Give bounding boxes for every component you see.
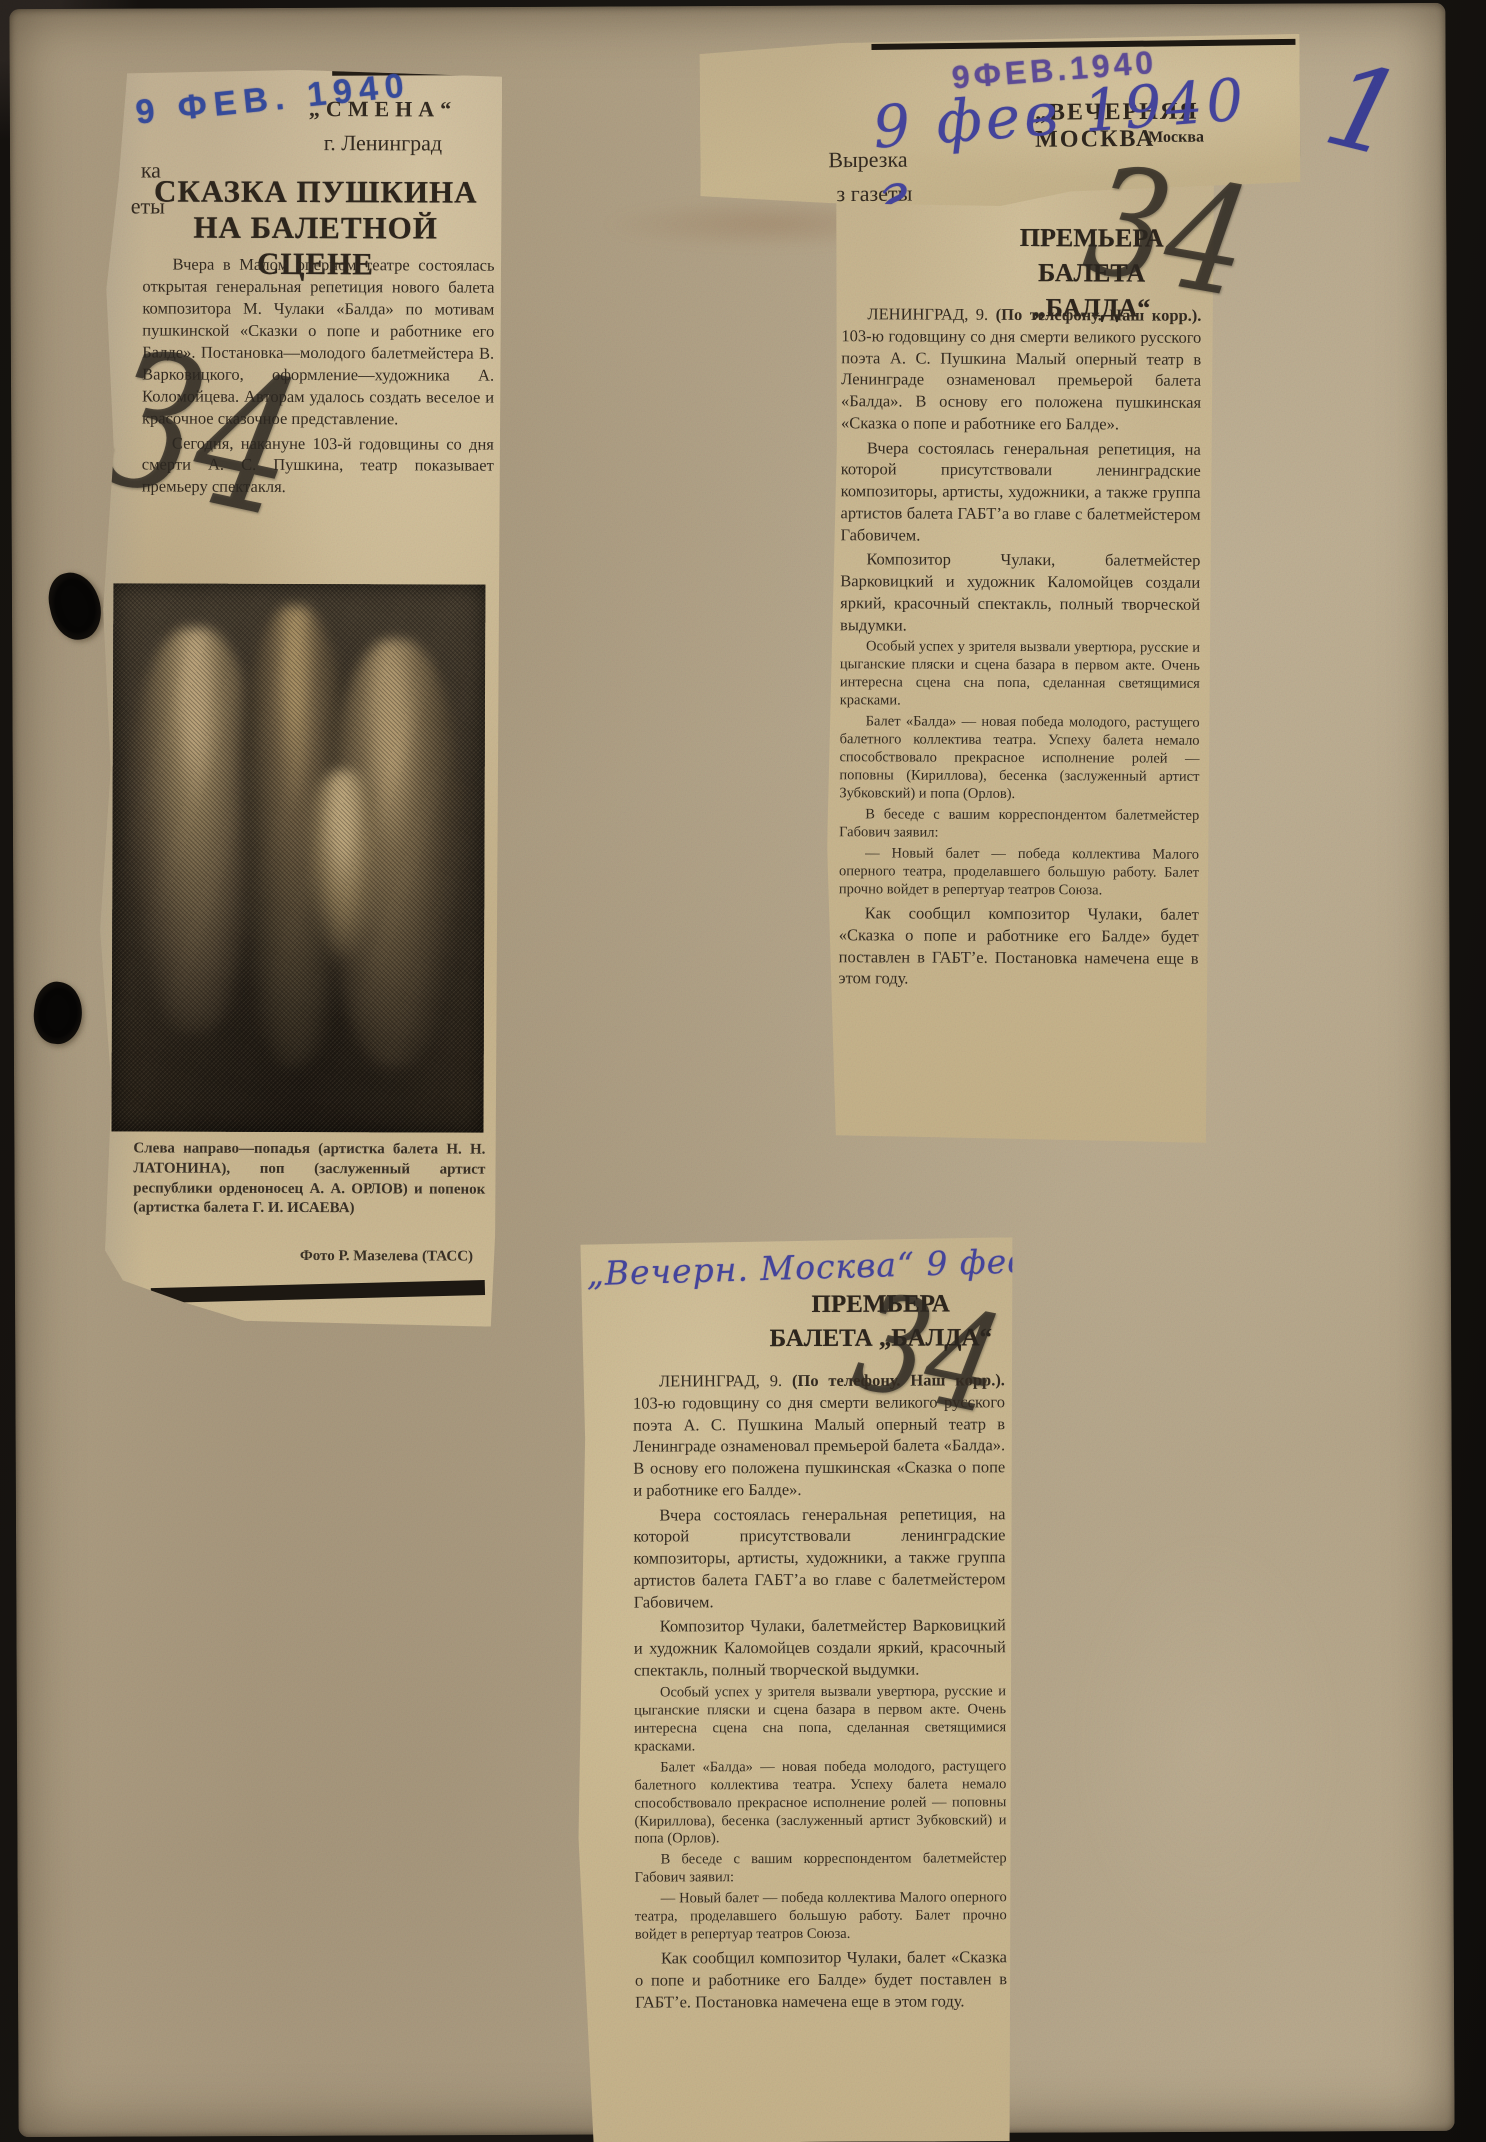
article-paragraph: — Новый балет — победа коллектива Малого… [839,845,1199,900]
dateline: ЛЕНИНГРАД, 9. [867,304,995,324]
article-paragraph: Балет «Балда» — новая победа молодого, р… [839,714,1199,805]
scanned-scrapbook-page: 1 9 ФЕВ. 1940 ка еты „СМЕНА“ г. Ленингра… [0,0,1486,2142]
newspaper-city: г. Ленинград [272,130,494,157]
photo-figure-popadya [127,627,262,1033]
article-paragraph: Композитор Чулаки, балетмейстер Варковиц… [634,1615,1006,1682]
bottom-rule [151,1280,485,1303]
article-paragraph: Особый успех у зрителя вызвали увертюра,… [840,639,1200,712]
article-paragraph: Композитор Чулаки, балетмейстер Варковиц… [840,549,1200,638]
lead-text: 103-ю годовщину со дня смерти великого р… [841,326,1201,433]
photo-credit: Фото Р. Мазелева (ТАСС) [133,1247,473,1265]
dateline: ЛЕНИНГРАД, 9. [659,1371,792,1390]
handwritten-source: „Вечерн. Москва“ [586,1245,915,1294]
article-body: ЛЕНИНГРАД, 9. (По телефону. Наш корр.). … [633,1369,1007,2016]
article-paragraph: В беседе с вашим корреспондентом балетме… [635,1851,1007,1888]
photo-figure-pop [327,639,462,1067]
clipping-vecherka-article-duplicate: „Вечерн. Москва“ 9 фев.1940 г. ПРЕМЬЕРА … [576,1237,1015,2142]
lead-text: 103-ю годовщину со дня смерти великого р… [633,1392,1005,1499]
article-paragraph: ЛЕНИНГРАД, 9. (По телефону. Наш корр.). … [841,303,1202,435]
paper-stain [1076,1533,1338,1954]
halftone-photo-ballet-scene [111,583,485,1132]
article-paragraph: В беседе с вашим корреспондентом балетме… [839,806,1199,844]
article-paragraph: — Новый балет — победа коллектива Малого… [635,1890,1007,1945]
handwritten-catalog-number: 34 [1074,133,1261,332]
dateline-credit: (По телефону. Наш корр.). [792,1370,1005,1390]
article-paragraph: Вчера состоялась генеральная репетиция, … [840,437,1200,547]
photo-caption: Слева направо—попадья (артистка балета Н… [133,1139,485,1219]
article-paragraph: Вчера состоялась генеральная репетиция, … [633,1503,1005,1613]
photo-figure-popenok [306,770,381,957]
article-paragraph: Особый успех у зрителя вызвали увертюра,… [634,1683,1006,1756]
clipping-smena: 9 ФЕВ. 1940 ка еты „СМЕНА“ г. Ленинград … [93,69,502,1326]
newspaper-masthead-smena: „СМЕНА“ [272,96,494,123]
article-paragraph: Как сообщил композитор Чулаки, балет «Ск… [838,902,1198,991]
photo-figure-center [238,606,351,1067]
article-paragraph: Балет «Балда» — новая победа молодого, р… [634,1758,1006,1849]
headline-line: СКАЗКА ПУШКИНА [135,173,497,210]
article-paragraph: Как сообщил композитор Чулаки, балет «Ск… [635,1947,1007,2014]
article-paragraph: ЛЕНИНГРАД, 9. (По телефону. Наш корр.). … [633,1369,1005,1501]
article-body: ЛЕНИНГРАД, 9. (По телефону. Наш корр.). … [838,303,1201,994]
